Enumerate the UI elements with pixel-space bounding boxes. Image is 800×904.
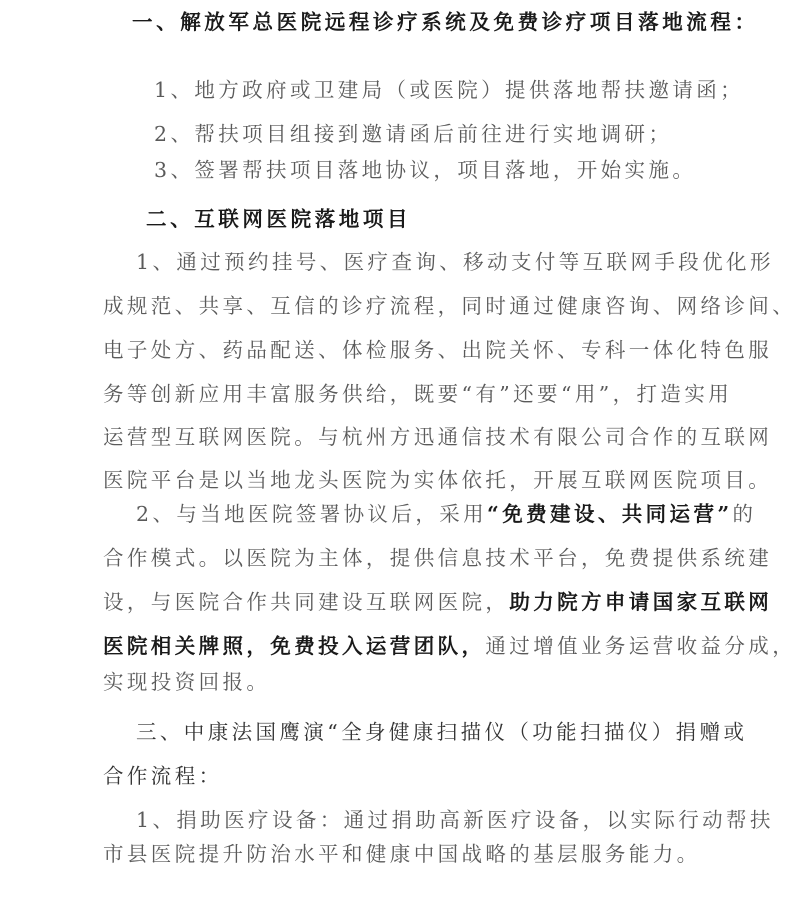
section-2-para-2-line-4: 医院相关牌照，免费投入运营团队，通过增值业务运营收益分成，: [103, 634, 796, 658]
section-2-para-1-line-6: 医院平台是以当地龙头医院为实体依托，开展互联网医院项目。: [103, 468, 772, 492]
section-2-para-1-line-5: 运营型互联网医院。与杭州方迅通信技术有限公司合作的互联网: [103, 425, 772, 449]
section-2-para-1-line-3: 电子处方、药品配送、体检服务、出院关怀、专科一体化特色服: [103, 338, 772, 362]
section-3-heading-line-1: 三、中康法国鹰演“全身健康扫描仪（功能扫描仪）捐赠或: [136, 720, 747, 744]
section-3-para-1-line-1: 1、捐助医疗设备：通过捐助高新医疗设备，以实际行动帮扶: [136, 808, 774, 832]
section-2-para-1-line-1: 1、通过预约挂号、医疗查询、移动支付等互联网手段优化形: [136, 250, 774, 274]
para-2-line-4-suffix: 通过增值业务运营收益分成，: [485, 634, 796, 658]
section-2-para-2-line-1: 2、与当地医院签署协议后，采用“免费建设、共同运营”的: [136, 502, 756, 526]
section-1-heading: 一、解放军总医院远程诊疗系统及免费诊疗项目落地流程：: [132, 10, 759, 34]
section-2-para-2-line-3: 设，与医院合作共同建设互联网医院，助力院方申请国家互联网: [103, 590, 772, 614]
section-1-item-2: 2、帮扶项目组接到邀请函后前往进行实地调研；: [154, 122, 672, 146]
para-2-line-3-prefix: 设，与医院合作共同建设互联网医院，: [103, 590, 509, 614]
section-3-heading-line-2: 合作流程：: [103, 764, 223, 788]
para-2-line-1-emphasis: “免费建设、共同运营”: [487, 502, 732, 526]
section-1-item-1: 1、地方政府或卫建局（或医院）提供落地帮扶邀请函；: [154, 78, 744, 102]
para-2-line-4-emphasis: 医院相关牌照，免费投入运营团队，: [103, 634, 485, 658]
section-2-heading: 二、互联网医院落地项目: [146, 207, 411, 231]
section-1-item-3: 3、签署帮扶项目落地协议，项目落地，开始实施。: [154, 158, 696, 182]
section-2-para-1-line-2: 成规范、共享、互信的诊疗流程，同时通过健康咨询、网络诊间、: [103, 294, 796, 318]
para-2-line-1-prefix: 2、与当地医院签署协议后，采用: [136, 502, 487, 526]
para-2-line-1-suffix: 的: [733, 502, 757, 526]
section-2-para-2-line-5: 实现投资回报。: [103, 670, 270, 694]
section-2-para-2-line-2: 合作模式。以医院为主体，提供信息技术平台，免费提供系统建: [103, 546, 772, 570]
section-3-para-1-line-2: 市县医院提升防治水平和健康中国战略的基层服务能力。: [103, 842, 701, 866]
section-2-para-1-line-4: 务等创新应用丰富服务供给，既要“有”还要“用”，打造实用: [103, 382, 732, 406]
para-2-line-3-emphasis: 助力院方申请国家互联网: [509, 590, 772, 614]
